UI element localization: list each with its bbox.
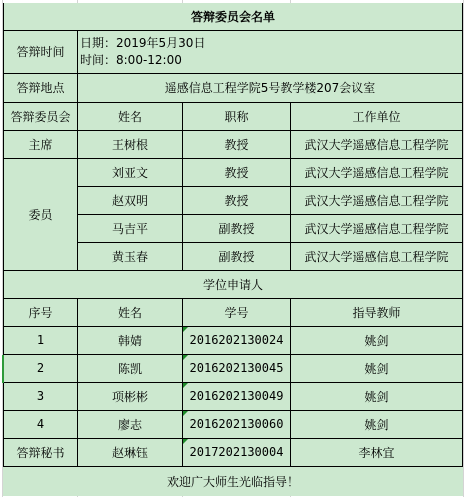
applicant-advisor[interactable]: 姚剑 (291, 410, 463, 438)
member-title[interactable]: 教授 (183, 158, 291, 186)
defense-location-value[interactable]: 遥感信息工程学院5号教学楼207会议室 (78, 73, 463, 102)
committee-row-chair: 主席 王树根 教授 武汉大学遥感信息工程学院 (4, 130, 463, 158)
secretary-label[interactable]: 答辩秘书 (4, 438, 78, 466)
member-unit[interactable]: 武汉大学遥感信息工程学院 (291, 242, 463, 270)
defense-date: 日期：2019年5月30日 (80, 35, 462, 52)
applicant-name[interactable]: 陈凯 (78, 354, 183, 382)
applicant-advisor[interactable]: 姚剑 (291, 382, 463, 410)
applicant-index[interactable]: 3 (4, 382, 78, 410)
defense-time-cell[interactable]: 日期：2019年5月30日 时间：8:00-12:00 (78, 30, 463, 73)
applicant-name[interactable]: 项彬彬 (78, 382, 183, 410)
member-label[interactable]: 委员 (4, 158, 78, 270)
applicant-index[interactable]: 4 (4, 410, 78, 438)
number-as-text-marker-icon (183, 355, 188, 360)
applicants-header-advisor[interactable]: 指导教师 (291, 298, 463, 326)
sheet-title[interactable]: 答辩委员会名单 (4, 3, 463, 30)
applicants-header-index[interactable]: 序号 (4, 298, 78, 326)
committee-header-unit[interactable]: 工作单位 (291, 102, 463, 130)
applicant-name[interactable]: 廖志 (78, 410, 183, 438)
applicant-student-id[interactable]: 2016202130049 (183, 382, 291, 410)
member-name[interactable]: 黄玉春 (78, 242, 183, 270)
chair-label[interactable]: 主席 (4, 130, 78, 158)
member-title[interactable]: 副教授 (183, 242, 291, 270)
gridline (463, 0, 464, 497)
committee-row: 委员 刘亚文 教授 武汉大学遥感信息工程学院 (4, 158, 463, 186)
committee-header-role[interactable]: 答辩委员会 (4, 102, 78, 130)
number-as-text-marker-icon (183, 383, 188, 388)
committee-header-name[interactable]: 姓名 (78, 102, 183, 130)
member-name[interactable]: 王树根 (78, 130, 183, 158)
student-id-text: 2016202130045 (190, 361, 284, 375)
committee-sheet: 答辩委员会名单 答辩时间 日期：2019年5月30日 时间：8:00-12:00… (3, 3, 463, 496)
member-unit[interactable]: 武汉大学遥感信息工程学院 (291, 158, 463, 186)
member-title[interactable]: 教授 (183, 130, 291, 158)
member-name[interactable]: 刘亚文 (78, 158, 183, 186)
number-as-text-marker-icon (183, 439, 188, 444)
applicant-advisor[interactable]: 姚剑 (291, 354, 463, 382)
number-as-text-marker-icon (183, 411, 188, 416)
number-as-text-marker-icon (183, 327, 188, 332)
committee-header-title[interactable]: 职称 (183, 102, 291, 130)
member-name[interactable]: 赵双明 (78, 186, 183, 214)
secretary-row: 答辩秘书 赵琳钰 2017202130004 李林宜 (4, 438, 463, 466)
row-selection-indicator (2, 355, 4, 383)
applicants-header-name[interactable]: 姓名 (78, 298, 183, 326)
defense-location-label[interactable]: 答辩地点 (4, 73, 78, 102)
applicant-name[interactable]: 韩婧 (78, 326, 183, 354)
welcome-message[interactable]: 欢迎广大师生光临指导！ (4, 466, 463, 496)
applicant-row: 4 廖志 2016202130060 姚剑 (4, 410, 463, 438)
applicant-row: 3 项彬彬 2016202130049 姚剑 (4, 382, 463, 410)
member-title[interactable]: 副教授 (183, 214, 291, 242)
secretary-student-id[interactable]: 2017202130004 (183, 438, 291, 466)
applicant-student-id[interactable]: 2016202130045 (183, 354, 291, 382)
student-id-text: 2017202130004 (190, 445, 284, 459)
defense-time-label[interactable]: 答辩时间 (4, 30, 78, 73)
applicants-header-student-id[interactable]: 学号 (183, 298, 291, 326)
student-id-text: 2016202130049 (190, 389, 284, 403)
student-id-text: 2016202130024 (190, 333, 284, 347)
student-id-text: 2016202130060 (190, 417, 284, 431)
member-unit[interactable]: 武汉大学遥感信息工程学院 (291, 186, 463, 214)
applicant-advisor[interactable]: 姚剑 (291, 326, 463, 354)
secretary-advisor[interactable]: 李林宜 (291, 438, 463, 466)
member-name[interactable]: 马吉平 (78, 214, 183, 242)
member-unit[interactable]: 武汉大学遥感信息工程学院 (291, 130, 463, 158)
member-title[interactable]: 教授 (183, 186, 291, 214)
defense-time: 时间：8:00-12:00 (80, 52, 462, 69)
secretary-name[interactable]: 赵琳钰 (78, 438, 183, 466)
applicant-index[interactable]: 2 (4, 354, 78, 382)
applicants-section-title[interactable]: 学位申请人 (4, 270, 463, 298)
member-unit[interactable]: 武汉大学遥感信息工程学院 (291, 214, 463, 242)
applicant-row: 2 陈凯 2016202130045 姚剑 (4, 354, 463, 382)
applicant-index[interactable]: 1 (4, 326, 78, 354)
applicant-student-id[interactable]: 2016202130024 (183, 326, 291, 354)
applicant-row: 1 韩婧 2016202130024 姚剑 (4, 326, 463, 354)
applicant-student-id[interactable]: 2016202130060 (183, 410, 291, 438)
